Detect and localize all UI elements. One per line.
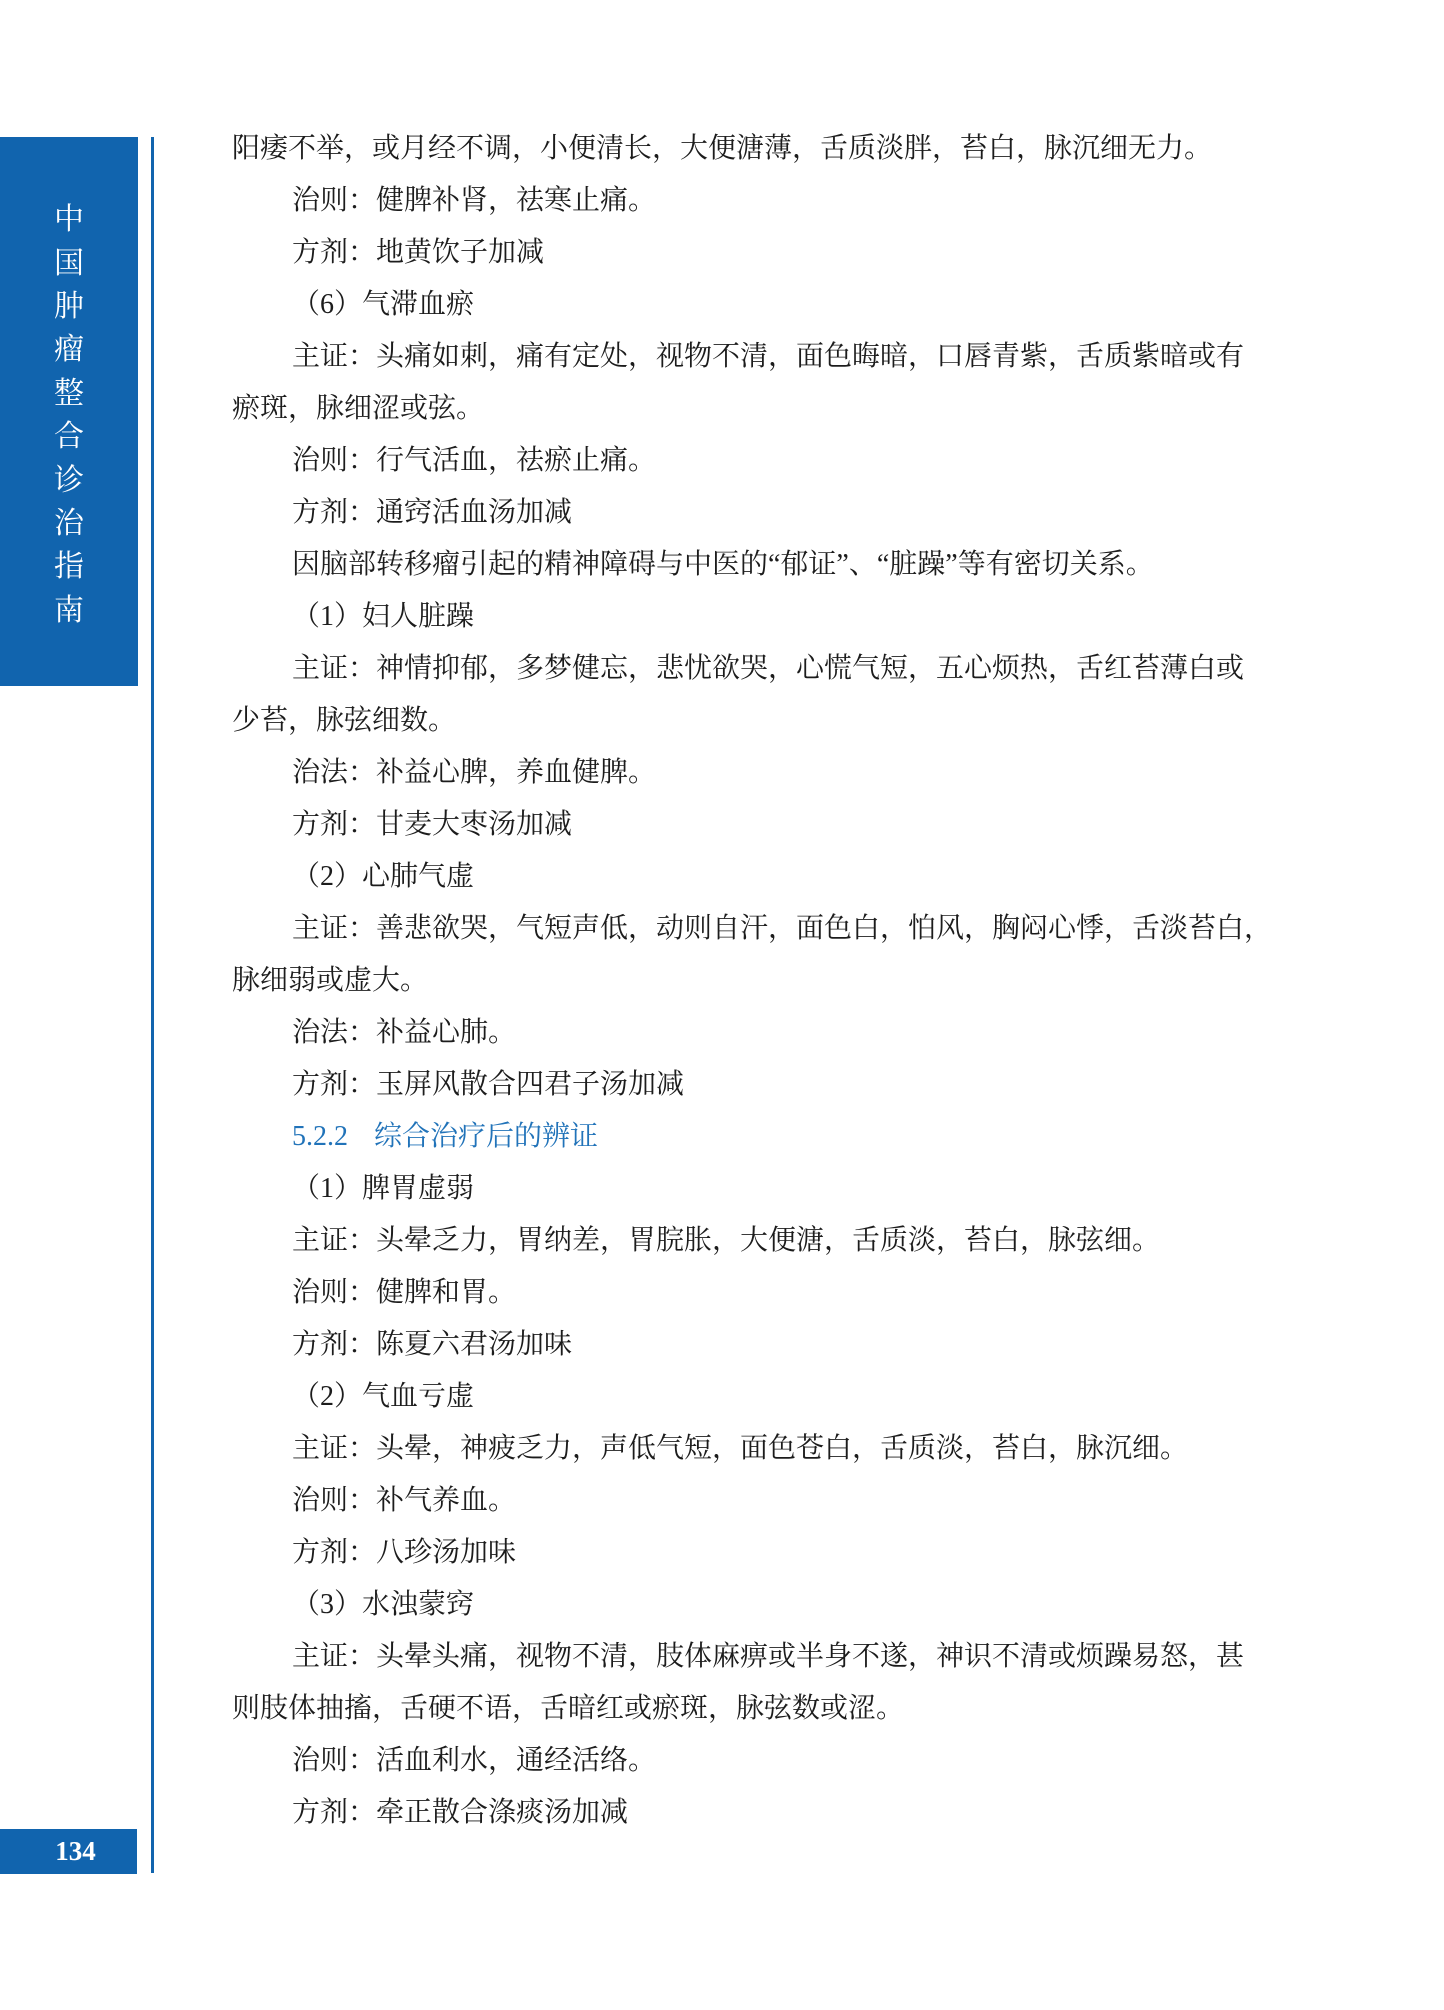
text-line: 方剂：通窍活血汤加减 [232,487,1220,539]
book-title-char: 诊 [54,455,84,498]
book-page: 中国肿瘤整合诊治指南 阳痿不举，或月经不调，小便清长，大便溏薄，舌质淡胖，苔白，… [0,0,1444,2010]
text-line: 阳痿不举，或月经不调，小便清长，大便溏薄，舌质淡胖，苔白，脉沉细无力。 [232,123,1220,175]
text-line: 则肢体抽搐，舌硬不语，舌暗红或瘀斑，脉弦数或涩。 [232,1683,1220,1735]
text-line: （1）妇人脏躁 [232,591,1220,643]
text-line: 主证：头晕，神疲乏力，声低气短，面色苍白，舌质淡，苔白，脉沉细。 [232,1423,1220,1475]
text-line: 主证：善悲欲哭，气短声低，动则自汗，面色白，怕风，胸闷心悸，舌淡苔白， [232,903,1220,955]
book-title-char: 整 [54,368,84,411]
text-line: （2）气血亏虚 [232,1371,1220,1423]
text-line: 方剂：牵正散合涤痰汤加减 [232,1787,1220,1839]
vertical-divider [151,137,154,1873]
text-line: 主证：头晕头痛，视物不清，肢体麻痹或半身不遂，神识不清或烦躁易怒，甚 [232,1631,1220,1683]
text-line: 主证：头痛如刺，痛有定处，视物不清，面色晦暗，口唇青紫，舌质紫暗或有 [232,331,1220,383]
section-heading: 5.2.2综合治疗后的辨证 [232,1111,1220,1163]
book-title-char: 治 [54,498,84,541]
text-line: 方剂：玉屏风散合四君子汤加减 [232,1059,1220,1111]
text-line: 方剂：八珍汤加味 [232,1527,1220,1579]
book-title-char: 中 [54,195,84,238]
text-line: 治则：补气养血。 [232,1475,1220,1527]
text-line: 主证：头晕乏力，胃纳差，胃脘胀，大便溏，舌质淡，苔白，脉弦细。 [232,1215,1220,1267]
text-line: 脉细弱或虚大。 [232,955,1220,1007]
book-title-char: 瘤 [54,325,84,368]
book-title-char: 国 [54,238,84,281]
text-line: 少苔，脉弦细数。 [232,695,1220,747]
text-line: 治则：行气活血，祛瘀止痛。 [232,435,1220,487]
text-line: 方剂：甘麦大枣汤加减 [232,799,1220,851]
text-line: 治法：补益心肺。 [232,1007,1220,1059]
text-line: 治法：补益心脾，养血健脾。 [232,747,1220,799]
text-line: 主证：神情抑郁，多梦健忘，悲忧欲哭，心慌气短，五心烦热，舌红苔薄白或 [232,643,1220,695]
page-number: 134 [55,1836,96,1867]
text-line: （2）心肺气虚 [232,851,1220,903]
book-title-char: 南 [54,585,84,628]
text-line: 治则：健脾补肾，祛寒止痛。 [232,175,1220,227]
page-content: 阳痿不举，或月经不调，小便清长，大便溏薄，舌质淡胖，苔白，脉沉细无力。治则：健脾… [232,123,1220,1839]
text-line: （3）水浊蒙窍 [232,1579,1220,1631]
sidebar-book-title: 中国肿瘤整合诊治指南 [0,137,138,686]
text-line: 方剂：地黄饮子加减 [232,227,1220,279]
book-title-char: 合 [54,412,84,455]
text-line: 治则：活血利水，通经活络。 [232,1735,1220,1787]
book-title-char: 肿 [54,281,84,324]
section-number: 5.2.2 [292,1121,348,1152]
text-line: （1）脾胃虚弱 [232,1163,1220,1215]
text-line: 方剂：陈夏六君汤加味 [232,1319,1220,1371]
page-number-badge: 134 [0,1829,137,1874]
text-line: 因脑部转移瘤引起的精神障碍与中医的“郁证”、“脏躁”等有密切关系。 [232,539,1220,591]
text-line: 治则：健脾和胃。 [232,1267,1220,1319]
text-line: （6）气滞血瘀 [232,279,1220,331]
text-line: 瘀斑，脉细涩或弦。 [232,383,1220,435]
section-title: 综合治疗后的辨证 [374,1121,598,1152]
book-title-char: 指 [54,542,84,585]
